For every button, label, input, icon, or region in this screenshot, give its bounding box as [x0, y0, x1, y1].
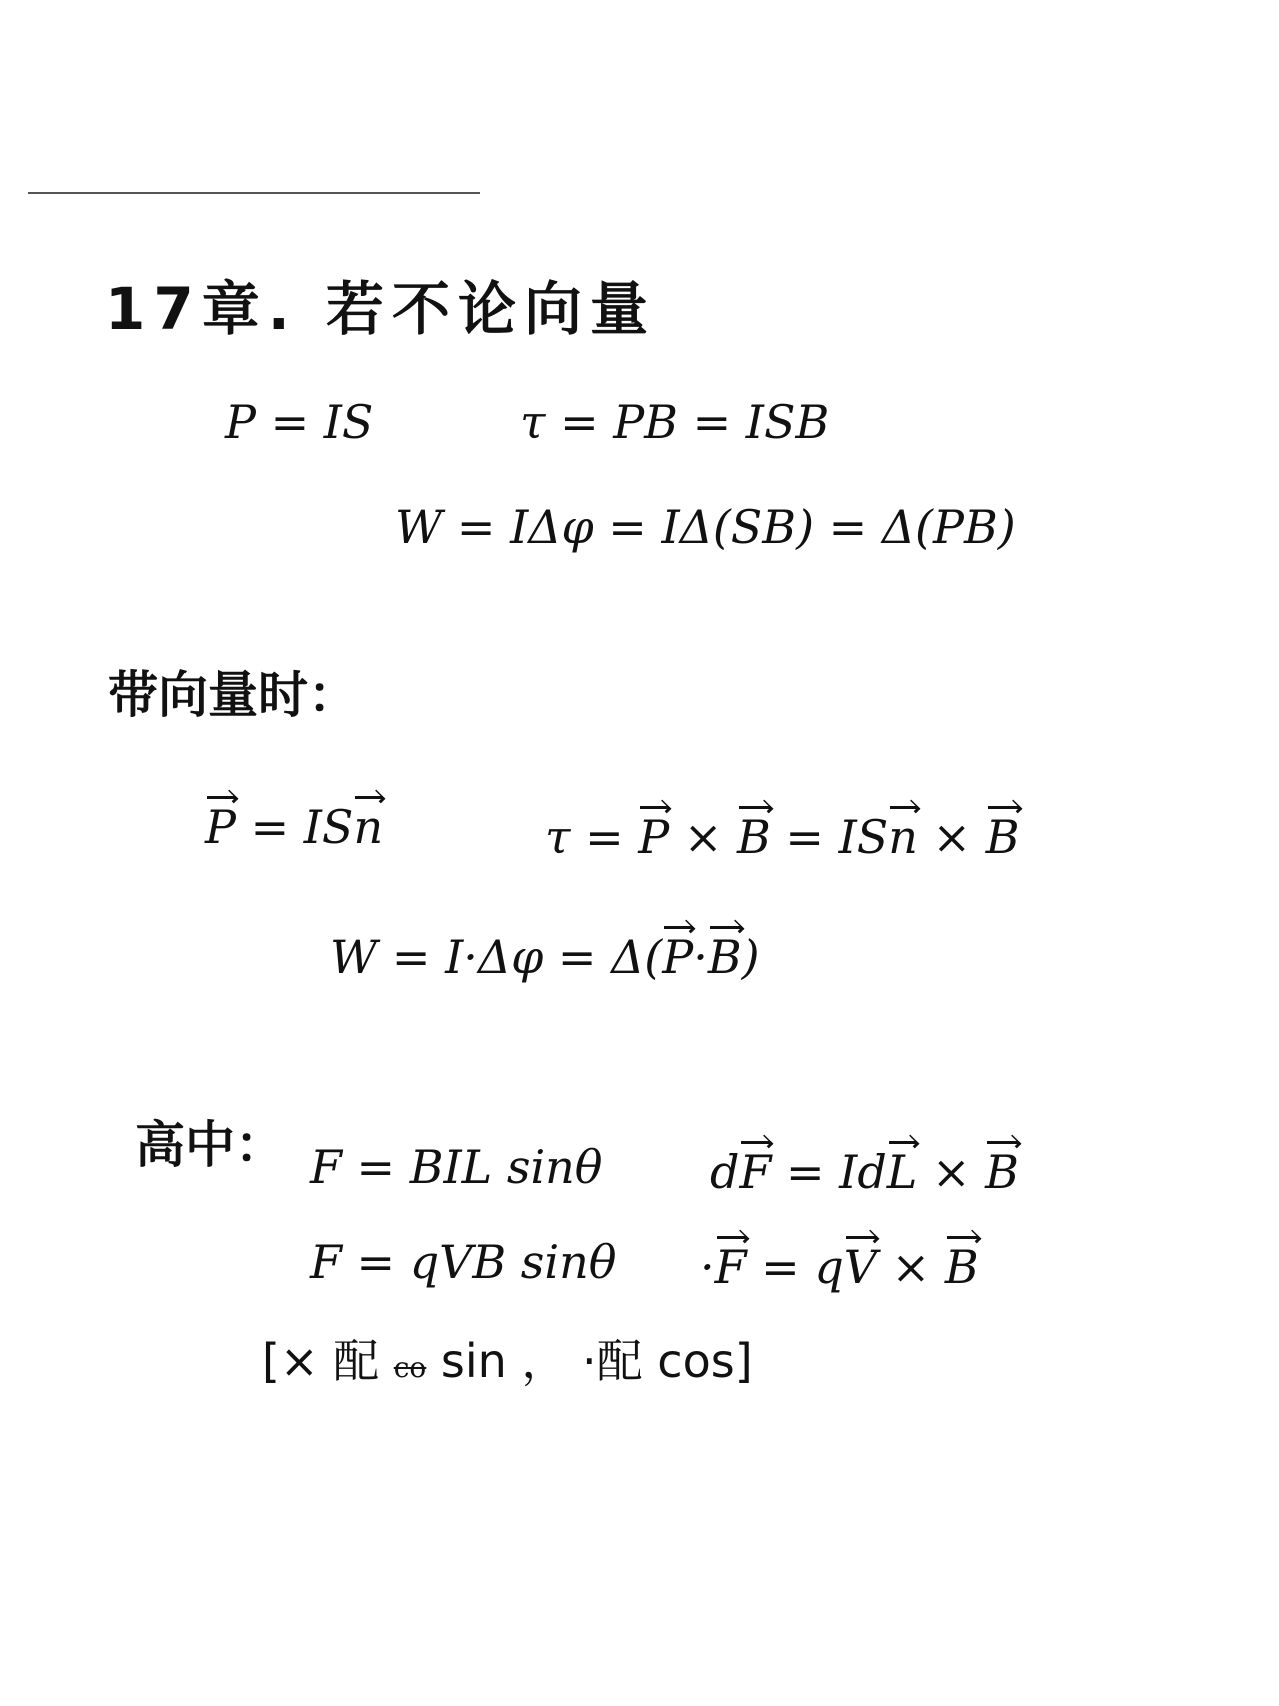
eq-text: τ = [545, 810, 638, 864]
vector-n: n [888, 810, 918, 864]
eq-text: = q [747, 1240, 844, 1294]
vector-b: B [986, 810, 1020, 864]
vector-p: P [662, 930, 693, 984]
eq-text: · [693, 930, 708, 984]
vector-heading: 带向量时： [108, 655, 358, 727]
eq-text: = Id [771, 1145, 886, 1199]
vector-f: F [739, 1145, 771, 1199]
eq-text: · [700, 1240, 715, 1294]
eq-text: ) [742, 930, 760, 984]
eq-ampere-force-vector: dF = IdL × B [710, 1145, 1019, 1199]
vector-f: F [715, 1240, 747, 1294]
eq-vector-torque: τ = P × B = ISn × B [545, 810, 1020, 864]
eq-text: W = I·Δφ = Δ( [330, 930, 662, 984]
eq-torque: τ = PB = ISB [520, 395, 829, 449]
eq-vector-moment: P = ISn [205, 800, 383, 854]
eq-text: = IS [236, 800, 353, 854]
eq-text: = IS [771, 810, 888, 864]
vector-b: B [945, 1240, 979, 1294]
eq-lorentz-force-scalar: F = qVB sinθ [310, 1235, 616, 1289]
eq-lorentz-force-vector: ·F = qV × B [700, 1240, 979, 1294]
highschool-heading: 高中： [135, 1105, 285, 1177]
vector-b: B [737, 810, 771, 864]
note-open: [× 配 [262, 1334, 394, 1388]
chapter-title: 17章. 若不论向量 [105, 262, 656, 346]
vector-v: V [844, 1240, 877, 1294]
vector-p: P [205, 800, 236, 854]
vector-p: P [638, 810, 669, 864]
note-rest: sin ， ·配 cos] [426, 1334, 752, 1388]
eq-text: × [877, 1240, 945, 1294]
eq-work: W = IΔφ = IΔ(SB) = Δ(PB) [395, 500, 1016, 554]
eq-text: × [917, 1145, 985, 1199]
eq-ampere-force-scalar: F = BIL sinθ [310, 1140, 603, 1194]
vector-n: n [353, 800, 383, 854]
note-cross-dot-rule: [× 配 co sin ， ·配 cos] [262, 1325, 753, 1391]
vector-b: B [985, 1145, 1019, 1199]
eq-text: × [918, 810, 986, 864]
eq-text: d [710, 1145, 739, 1199]
vector-b: B [708, 930, 742, 984]
top-divider-line [28, 192, 480, 194]
eq-magnetic-moment: P = IS [225, 395, 373, 449]
eq-text: × [669, 810, 737, 864]
eq-vector-work: W = I·Δφ = Δ(P·B) [330, 930, 760, 984]
struck-text: co [394, 1351, 427, 1384]
vector-l: L [887, 1145, 918, 1199]
